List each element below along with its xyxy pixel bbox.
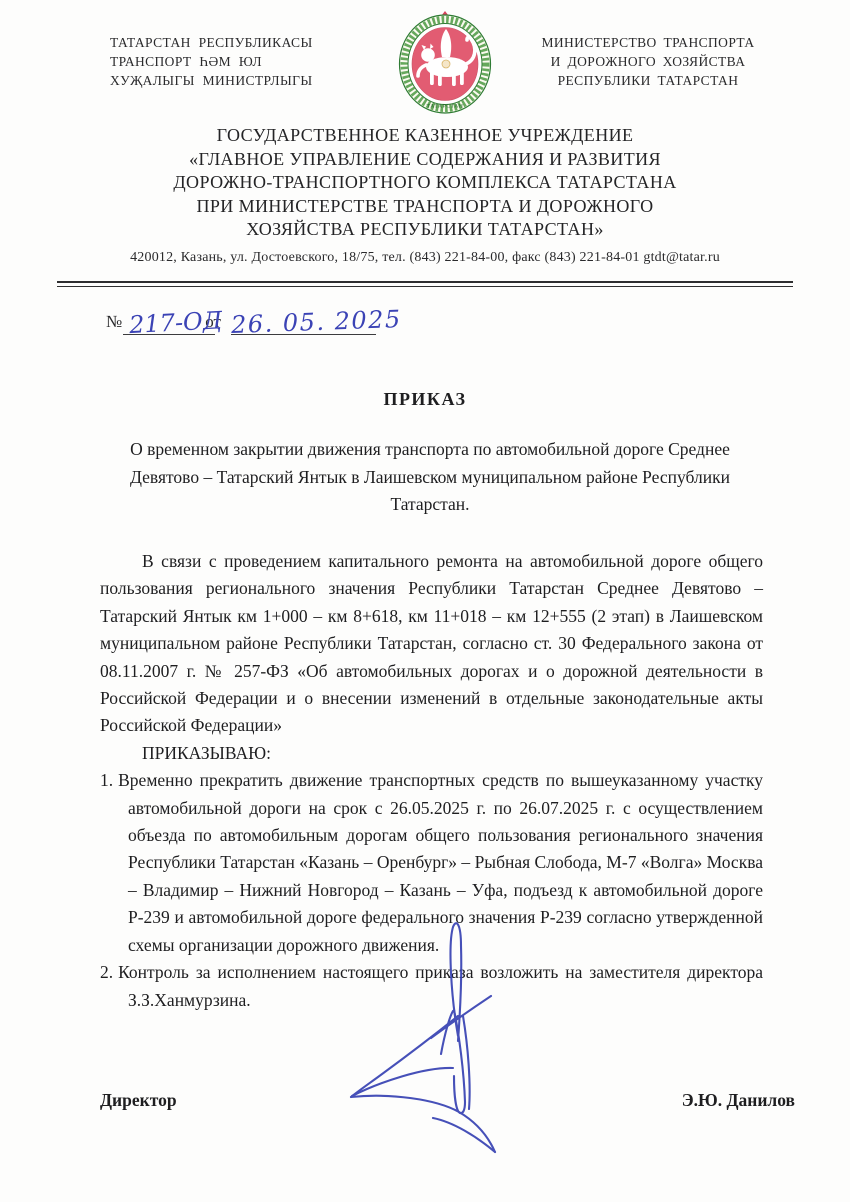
ministry-name-russian: МИНИСТЕРСТВО ТРАНСПОРТА И ДОРОЖНОГО ХОЗЯ… [512, 33, 784, 90]
letterhead-divider [57, 281, 793, 287]
ministry-name-tatar: ТАТАРСТАН РЕСПУБЛИКАСЫ ТРАНСПОРТ ҺӘМ ЮЛ … [110, 33, 360, 90]
doc-number-symbol: № [106, 312, 122, 335]
institution-address: 420012, Казань, ул. Достоевского, 18/75,… [0, 250, 850, 266]
institution-name: ГОСУДАРСТВЕННОЕ КАЗЕННОЕ УЧРЕЖДЕНИЕ «ГЛА… [65, 124, 785, 242]
ministry-name-russian-line2: И ДОРОЖНОГО ХОЗЯЙСТВА [512, 52, 784, 71]
institution-name-line3: ДОРОЖНО-ТРАНСПОРТНОГО КОМПЛЕКСА ТАТАРСТА… [65, 171, 785, 195]
doc-number-underline: 217-ОД [123, 310, 215, 335]
institution-name-line4: ПРИ МИНИСТЕРСТВЕ ТРАНСПОРТА И ДОРОЖНОГО [65, 195, 785, 219]
document-page: ТАТАРСТАН РЕСПУБЛИКАСЫ ТРАНСПОРТ ҺӘМ ЮЛ … [0, 0, 850, 1202]
director-title-label: Директор [100, 1090, 177, 1111]
institution-name-line1: ГОСУДАРСТВЕННОЕ КАЗЕННОЕ УЧРЕЖДЕНИЕ [65, 124, 785, 148]
institution-name-line2: «ГЛАВНОЕ УПРАВЛЕНИЕ СОДЕРЖАНИЯ И РАЗВИТИ… [65, 148, 785, 172]
ministry-name-tatar-line3: ХУҖАЛЫГЫ МИНИСТРЛЫГЫ [110, 71, 360, 90]
order-item-2-number: 2. [100, 962, 118, 982]
director-name: Э.Ю. Данилов [682, 1090, 795, 1111]
doc-date-handwritten: 26. 05. 2025 [231, 308, 402, 336]
ministry-name-tatar-line1: ТАТАРСТАН РЕСПУБЛИКАСЫ [110, 33, 360, 52]
director-signature-scrawl [338, 916, 548, 1166]
doc-number-line: № 217-ОД от 26. 05. 2025 [106, 293, 376, 335]
tatarstan-coat-of-arms-icon: ТАТАРСТАН [398, 11, 492, 114]
signature-block: Директор Э.Ю. Данилов [100, 1090, 795, 1111]
order-item-1-number: 1. [100, 770, 118, 790]
order-subject: О временном закрытии движения транспорта… [95, 436, 765, 519]
order-title: ПРИКАЗ [0, 389, 850, 410]
ministry-name-russian-line1: МИНИСТЕРСТВО ТРАНСПОРТА [512, 33, 784, 52]
ministry-name-tatar-line2: ТРАНСПОРТ ҺӘМ ЮЛ [110, 52, 360, 71]
order-command-word: ПРИКАЗЫВАЮ: [100, 740, 763, 767]
doc-number-handwritten: 217-ОД [129, 309, 223, 336]
order-intro-paragraph: В связи с проведением капитального ремон… [100, 548, 763, 740]
institution-name-line5: ХОЗЯЙСТВА РЕСПУБЛИКИ ТАТАРСТАН» [65, 218, 785, 242]
ministry-name-russian-line3: РЕСПУБЛИКИ ТАТАРСТАН [512, 71, 784, 90]
doc-date-underline: 26. 05. 2025 [231, 310, 376, 335]
emblem-caption: ТАТАРСТАН [427, 104, 464, 110]
